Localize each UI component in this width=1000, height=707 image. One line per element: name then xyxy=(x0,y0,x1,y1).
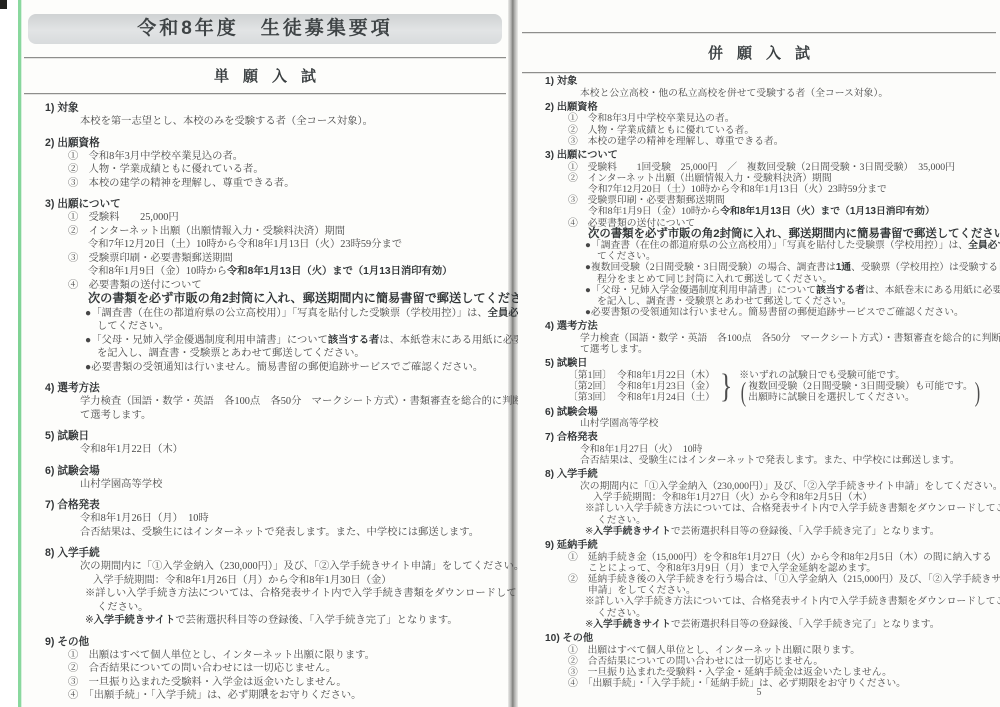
text-run: 次の書類を必ず市販の角2封筒に入れ、郵送期間内に簡易書留で郵送してください。 xyxy=(88,291,546,305)
text-run: は、本紙巻末にある用紙に必要事項 xyxy=(865,285,1000,296)
section: 2) 出願資格① 令和8年3月中学校卒業見込の者。② 人物・学業成績ともに優れて… xyxy=(45,137,500,191)
text-line: 学力検査（国語・数学・英語 各100点 各50分 マークシート方式）・書類審査を… xyxy=(45,395,500,409)
text-line: ① 延納手続き金（15,000円）を令和8年1月27日（火）から令和8年2月5日… xyxy=(545,552,994,563)
divider xyxy=(24,57,506,58)
text-line: 合否結果は、受験生にはインターネットで発表します。また、中学校には郵送します。 xyxy=(545,455,994,466)
section-heading: 2) 出願資格 xyxy=(45,137,500,150)
text-run: 令和8年1月22日（木） xyxy=(80,444,183,455)
text-line: ●複数回受験（2日間受験・3日間受験）の場合、調査書は1通、受験票（学校用控）は… xyxy=(545,262,994,273)
text-line: ください。 xyxy=(45,601,500,615)
text-run: で芸術選択科目等の登録後、「入学手続き完了」となります。 xyxy=(671,526,940,537)
text-run: ① 出願はすべて個人単位とし、インターネット出願に限ります。 xyxy=(68,650,375,661)
text-run: 令和8年1月27日（火） 10時 xyxy=(580,444,702,455)
text-line: してください。 xyxy=(45,320,500,334)
text-line: ② 延納手続き後の入学手続きを行う場合は、「①入学金納入（215,000円）及び… xyxy=(545,574,994,585)
section-heading: 3) 出願について xyxy=(545,150,994,162)
text-run: ④ 必要書類の送付について xyxy=(68,280,202,291)
text-line: 山村学園高等学校 xyxy=(545,418,994,429)
text-line: 入学手続期間：令和8年1月27日（火）から令和8年2月5日（木） xyxy=(545,492,994,503)
text-line: ② 合否結果についての問い合わせには一切応じません。 xyxy=(45,662,500,676)
divider xyxy=(522,32,996,33)
text-run: ① 受験料 25,000円 xyxy=(68,212,179,223)
text-line: 本校を第一志望とし、本校のみを受験する者（全コース対象）。 xyxy=(45,115,500,129)
text-run: 令和7年12月20日（土）10時から令和8年1月13日（火）23時59分まで xyxy=(88,239,402,250)
text-line: ことによって、令和8年3月9日（月）まで入学金延納を認めます。 xyxy=(545,563,994,574)
exam-schedule-block: 〔第1回〕 令和8年1月22日（木）〔第2回〕 令和8年1月23日（金）〔第3回… xyxy=(545,370,994,404)
text-line: 本校と公立高校・他の私立高校を併せて受験する者（全コース対象）。 xyxy=(545,88,994,99)
section-heading: 8) 入学手続 xyxy=(545,469,994,481)
exam-paren-note: (複数回受験（2日間受験・3日間受験）も可能です。出願時に試験日を選択してくださ… xyxy=(739,381,982,403)
section-heading: 9) その他 xyxy=(45,636,500,649)
section: 7) 合格発表令和8年1月27日（火） 10時合否結果は、受験生にはインターネッ… xyxy=(545,432,994,466)
text-line: ※入学手続きサイトで芸術選択科目等の登録後、「入学手続き完了」となります。 xyxy=(545,526,994,537)
section: 8) 入学手続次の期間内に「①入学金納入（230,000円）」及び、「②入学手続… xyxy=(45,547,500,628)
text-line: て選考します。 xyxy=(545,344,994,355)
text-line: 山村学園高等学校 xyxy=(45,478,500,492)
text-line: 次の期間内に「①入学金納入（230,000円）」及び、「②入学手続きサイト申請」… xyxy=(545,481,994,492)
text-line: 程分をまとめて同じ封筒に入れて郵送してください。 xyxy=(545,274,994,285)
text-line: ●「父母・兄姉入学金優遇制度利用申請書」について該当する者は、本紙巻末にある用紙… xyxy=(545,285,994,296)
text-run: ③ 受験票印刷・必要書類郵送期間 xyxy=(68,253,233,264)
text-run: 1通 xyxy=(836,262,851,273)
text-line: ① 出願はすべて個人単位とし、インターネット出願に限ります。 xyxy=(45,649,500,663)
section: 3) 出願について① 受験料 25,000円② インターネット出願（出願情報入力… xyxy=(45,198,500,374)
text-line: ① 令和8年3月中学校卒業見込の者。 xyxy=(45,150,500,164)
text-run: 該当する者 xyxy=(816,285,865,296)
text-line: て選考します。 xyxy=(45,409,500,423)
text-run: で芸術選択科目等の登録後、「入学手続き完了」となります。 xyxy=(175,615,457,626)
text-line: ③ 受験票印刷・必要書類郵送期間 xyxy=(545,195,994,206)
text-run: ② 人物・学業成績ともに優れている者。 xyxy=(568,125,754,136)
text-run: してください。 xyxy=(97,321,169,332)
text-line: ※入学手続きサイトで芸術選択科目等の登録後、「入学手続き完了」となります。 xyxy=(545,619,994,630)
scan-corner-mark xyxy=(0,0,7,9)
text-run: ●複数回受験（2日間受験・3日間受験）の場合、調査書は xyxy=(585,262,836,273)
text-line: 令和8年1月9日（金）10時から令和8年1月13日（火）まで（1月13日消印有効… xyxy=(545,206,994,217)
sections-container-right: 1) 対象本校と公立高校・他の私立高校を併せて受験する者（全コース対象）。2) … xyxy=(518,76,1000,689)
text-run: ③ 受験票印刷・必要書類郵送期間 xyxy=(568,195,725,206)
text-line: ●「調査書（在住の都道府県の公立高校用）」「写真を貼付した受験票（学校用控）」は… xyxy=(545,240,994,251)
text-line: ください。 xyxy=(545,515,994,526)
text-run: 令和8年1月9日（金）10時から xyxy=(88,266,227,277)
text-run: 全員必ず xyxy=(968,240,1000,251)
section: 2) 出願資格① 令和8年3月中学校卒業見込の者。② 人物・学業成績ともに優れて… xyxy=(545,102,994,147)
text-run: ●「父母・兄姉入学金優遇制度利用申請書」について xyxy=(585,285,816,296)
text-line: ●「調査書（在住の都道府県の公立高校用）」「写真を貼付した受験票（学校用控）」は… xyxy=(45,307,500,321)
section-heading: 2) 出願資格 xyxy=(545,102,994,114)
text-run: 次の期間内に「①入学金納入（230,000円）」及び、「②入学手続きサイト申請」… xyxy=(80,561,524,572)
section-heading: 5) 試験日 xyxy=(545,358,994,370)
divider xyxy=(24,93,506,94)
text-run: 入学手続きサイト xyxy=(593,526,671,537)
text-run: ※ xyxy=(585,526,593,537)
section: 5) 試験日〔第1回〕 令和8年1月22日（木）〔第2回〕 令和8年1月23日（… xyxy=(545,358,994,403)
text-run: ② インターネット出願（出願情報入力・受験料決済）期間 xyxy=(568,173,832,184)
section: 7) 合格発表令和8年1月26日（月） 10時合否結果は、受験生にはインターネッ… xyxy=(45,499,500,539)
text-run: ※詳しい入学手続き方法については、合格発表サイト内で入学手続き書類をダウンロード… xyxy=(585,503,1000,514)
section-heading: 4) 選考方法 xyxy=(45,382,500,395)
open-paren-glyph: ( xyxy=(741,381,746,403)
text-run: 、受験票（学校用控）は受験する日 xyxy=(851,262,1000,273)
section-heading: 9) 延納手続 xyxy=(545,540,994,552)
text-run: 合否結果は、受験生にはインターネットで発表します。また、中学校には郵送します。 xyxy=(580,455,960,466)
text-run: 該当する者 xyxy=(328,335,379,346)
text-run: ③ 一旦振り込まれた受験料・入学金は返金いたしません。 xyxy=(68,677,347,688)
text-run: ③ 本校の建学の精神を理解し、尊重できる者。 xyxy=(68,178,295,189)
text-run: ください。 xyxy=(597,608,646,619)
page-number: 4 xyxy=(22,687,508,698)
text-line: 次の書類を必ず市販の角2封筒に入れ、郵送期間内に簡易書留で郵送してください。 xyxy=(545,229,994,240)
close-paren-glyph: ) xyxy=(975,381,980,403)
text-line: ① 受験料 1回受験 25,000円 ／ 複数回受験（2日間受験・3日間受験） … xyxy=(545,162,994,173)
text-line: 令和7年12月20日（土）10時から令和8年1月13日（火）23時59分まで xyxy=(45,238,500,252)
text-run: 山村学園高等学校 xyxy=(80,479,162,490)
text-line: ③ 本校の建学の精神を理解し、尊重できる者。 xyxy=(45,177,500,191)
text-run: ください。 xyxy=(597,515,646,526)
text-line: 申請」をしてください。 xyxy=(545,585,994,596)
text-run: ●必要書類の受領通知は行いません。簡易書留の郵便追跡サービスでご確認ください。 xyxy=(585,307,964,318)
text-run: ① 令和8年3月中学校卒業見込の者。 xyxy=(68,151,243,162)
section: 4) 選考方法学力検査（国語・数学・英語 各100点 各50分 マークシート方式… xyxy=(545,321,994,355)
text-run: 入学手続期間：令和8年1月26日（月）から令和8年1月30日（金） xyxy=(93,575,392,586)
text-line: ② 合否結果についての問い合わせには一切応じません。 xyxy=(545,656,994,667)
text-line: 令和8年1月9日（金）10時から令和8年1月13日（火）まで（1月13日消印有効… xyxy=(45,265,500,279)
text-run: ※ xyxy=(85,615,94,626)
text-line: ※詳しい入学手続き方法については、合格発表サイト内で入学手続き書類をダウンロード… xyxy=(545,503,994,514)
text-line: 次の書類を必ず市販の角2封筒に入れ、郵送期間内に簡易書留で郵送してください。 xyxy=(45,292,500,307)
text-run: ●必要書類の受領通知は行いません。簡易書留の郵便追跡サービスでご確認ください。 xyxy=(85,362,483,373)
text-run: 合否結果は、受験生にはインターネットで発表します。また、中学校には郵送します。 xyxy=(80,527,479,538)
section-heading: 6) 試験会場 xyxy=(545,407,994,419)
text-run: ③ 本校の建学の精神を理解し、尊重できる者。 xyxy=(568,136,784,147)
text-run: ① 受験料 1回受験 25,000円 ／ 複数回受験（2日間受験・3日間受験） … xyxy=(568,162,955,173)
text-run: を記入し、調査書・受験票とあわせて郵送してください。 xyxy=(97,348,365,359)
text-line: ② インターネット出願（出願情報入力・受験料決済）期間 xyxy=(45,225,500,239)
page-right-heigan: 併願入試 1) 対象本校と公立高校・他の私立高校を併せて受験する者（全コース対象… xyxy=(518,0,1000,707)
section-heading: 7) 合格発表 xyxy=(45,499,500,512)
text-line: ください。 xyxy=(545,608,994,619)
text-run: 次の書類を必ず市販の角2封筒に入れ、郵送期間内に簡易書留で郵送してください。 xyxy=(588,228,1000,240)
text-run: 本校と公立高校・他の私立高校を併せて受験する者（全コース対象）。 xyxy=(580,88,888,99)
exam-date-row: 〔第1回〕 令和8年1月22日（木） xyxy=(568,370,715,381)
text-run: ください。 xyxy=(97,602,148,613)
section-heading: 10) その他 xyxy=(545,633,994,645)
section-heading: 7) 合格発表 xyxy=(545,432,994,444)
text-line: を記入し、調査書・受験票とあわせて郵送してください。 xyxy=(545,296,994,307)
text-line: ※詳しい入学手続き方法については、合格発表サイト内で入学手続き書類をダウンロード… xyxy=(45,587,500,601)
text-run: ことによって、令和8年3月9日（月）まで入学金延納を認めます。 xyxy=(588,563,876,574)
text-run: 令和8年1月13日（火）まで（1月13日消印有効） xyxy=(227,266,452,277)
section-heading: 1) 対象 xyxy=(45,102,500,115)
text-line: 合否結果は、受験生にはインターネットで発表します。また、中学校には郵送します。 xyxy=(45,526,500,540)
text-line: 令和8年1月27日（火） 10時 xyxy=(545,444,994,455)
page-left-tangan: 令和8年度 生徒募集要項 単願入試 1) 対象本校を第一志望とし、本校のみを受験… xyxy=(22,0,508,707)
text-run: 令和7年12月20日（土）10時から令和8年1月13日（火）23時59分まで xyxy=(588,184,887,195)
section: 3) 出願について① 受験料 1回受験 25,000円 ／ 複数回受験（2日間受… xyxy=(545,150,994,318)
text-run: 入学手続きサイト xyxy=(94,615,176,626)
text-line: ※入学手続きサイトで芸術選択科目等の登録後、「入学手続き完了」となります。 xyxy=(45,614,500,628)
text-run: ① 出願はすべて個人単位とし、インターネット出願に限ります。 xyxy=(568,645,860,656)
page-heading-heigan: 併願入試 xyxy=(518,42,1000,63)
text-line: ④ 必要書類の送付について xyxy=(45,279,500,293)
page-heading-tangan: 単願入試 xyxy=(22,65,508,86)
section: 4) 選考方法学力検査（国語・数学・英語 各100点 各50分 マークシート方式… xyxy=(45,382,500,422)
text-run: 次の期間内に「①入学金納入（230,000円）」及び、「②入学手続きサイト申請」… xyxy=(580,481,1000,492)
section: 1) 対象本校と公立高校・他の私立高校を併せて受験する者（全コース対象）。 xyxy=(545,76,994,99)
exam-paren-lines: 複数回受験（2日間受験・3日間受験）も可能です。出願時に試験日を選択してください… xyxy=(748,381,973,403)
brace-glyph: } xyxy=(720,370,732,403)
text-run: 令和8年1月26日（月） 10時 xyxy=(80,513,209,524)
text-run: 申請」をしてください。 xyxy=(588,585,696,596)
text-line: てください。 xyxy=(545,251,994,262)
text-run: ② 延納手続き後の入学手続きを行う場合は、「①入学金納入（215,000円）及び… xyxy=(568,574,1000,585)
text-run: 令和8年1月9日（金）10時から xyxy=(588,206,720,217)
text-run: 学力検査（国語・数学・英語 各100点 各50分 マークシート方式）・書類審査を… xyxy=(580,333,1000,344)
text-run: 入学手続期間：令和8年1月27日（火）から令和8年2月5日（木） xyxy=(593,492,872,503)
text-line: ●必要書類の受領通知は行いません。簡易書留の郵便追跡サービスでご確認ください。 xyxy=(45,361,500,375)
sections-container-left: 1) 対象本校を第一志望とし、本校のみを受験する者（全コース対象）。2) 出願資… xyxy=(22,102,508,703)
text-run: ※詳しい入学手続き方法については、合格発表サイト内で入学手続き書類をダウンロード… xyxy=(85,588,547,599)
text-line: ●「父母・兄姉入学金優遇制度利用申請書」について該当する者は、本紙巻末にある用紙… xyxy=(45,334,500,348)
section: 10) その他① 出願はすべて個人単位とし、インターネット出願に限ります。② 合… xyxy=(545,633,994,689)
text-run: ② 合否結果についての問い合わせには一切応じません。 xyxy=(68,663,336,674)
text-line: 入学手続期間：令和8年1月26日（月）から令和8年1月30日（金） xyxy=(45,574,500,588)
text-line: ② 人物・学業成績ともに優れている者。 xyxy=(45,163,500,177)
section: 5) 試験日令和8年1月22日（木） xyxy=(45,430,500,457)
section-heading: 8) 入学手続 xyxy=(45,547,500,560)
exam-date-row: 〔第3回〕 令和8年1月24日（土） xyxy=(568,392,715,403)
text-line: 学力検査（国語・数学・英語 各100点 各50分 マークシート方式）・書類審査を… xyxy=(545,333,994,344)
section: 8) 入学手続次の期間内に「①入学金納入（230,000円）」及び、「②入学手続… xyxy=(545,469,994,537)
divider xyxy=(522,72,996,73)
text-line: ③ 受験票印刷・必要書類郵送期間 xyxy=(45,252,500,266)
text-run: ② 合否結果についての問い合わせには一切応じません。 xyxy=(568,656,823,667)
exam-notes: ※いずれの試験日でも受験可能です。(複数回受験（2日間受験・3日間受験）も可能で… xyxy=(739,370,982,404)
text-run: 学力検査（国語・数学・英語 各100点 各50分 マークシート方式）・書類審査を… xyxy=(80,396,533,407)
document-title-banner: 令和8年度 生徒募集要項 xyxy=(28,14,502,44)
text-run: て選考します。 xyxy=(80,410,151,421)
text-line: ※詳しい入学手続き方法については、合格発表サイト内で入学手続き書類をダウンロード… xyxy=(545,596,994,607)
text-line: ② 人物・学業成績ともに優れている者。 xyxy=(545,125,994,136)
section: 1) 対象本校を第一志望とし、本校のみを受験する者（全コース対象）。 xyxy=(45,102,500,129)
text-run: で芸術選択科目等の登録後、「入学手続き完了」となります。 xyxy=(671,619,940,630)
exam-date-row: 〔第2回〕 令和8年1月23日（金） xyxy=(568,381,715,392)
text-run: 令和8年1月13日（火）まで（1月13日消印有効） xyxy=(720,206,934,217)
text-run: 本校を第一志望とし、本校のみを受験する者（全コース対象）。 xyxy=(80,116,373,127)
text-line: ① 令和8年3月中学校卒業見込の者。 xyxy=(545,113,994,124)
text-line: 令和8年1月26日（月） 10時 xyxy=(45,512,500,526)
text-run: を記入し、調査書・受験票とあわせて郵送してください。 xyxy=(597,296,852,307)
exam-paren-line: 出願時に試験日を選択してください。 xyxy=(748,392,973,403)
exam-date-list: 〔第1回〕 令和8年1月22日（木）〔第2回〕 令和8年1月23日（金）〔第3回… xyxy=(568,370,715,404)
text-line: ① 出願はすべて個人単位とし、インターネット出願に限ります。 xyxy=(545,645,994,656)
text-run: 山村学園高等学校 xyxy=(580,418,658,429)
text-line: ③ 本校の建学の精神を理解し、尊重できる者。 xyxy=(545,136,994,147)
section-heading: 1) 対象 xyxy=(545,76,994,88)
section-heading: 6) 試験会場 xyxy=(45,465,500,478)
text-run: ●「父母・兄姉入学金優遇制度利用申請書」について xyxy=(85,335,328,346)
section: 6) 試験会場山村学園高等学校 xyxy=(45,465,500,492)
text-line: ③ 一旦振り込まれた受験料・入学金・延納手続金は返金いたしません。 xyxy=(545,667,994,678)
exam-paren-line: 複数回受験（2日間受験・3日間受験）も可能です。 xyxy=(748,381,973,392)
text-run: ●「調査書（在住の都道府県の公立高校用）」「写真を貼付した受験票（学校用控）」は… xyxy=(85,308,488,319)
text-run: 程分をまとめて同じ封筒に入れて郵送してください。 xyxy=(597,274,832,285)
text-run: ① 延納手続き金（15,000円）を令和8年1月27日（火）から令和8年2月5日… xyxy=(568,552,992,563)
text-run: ③ 一旦振り込まれた受験料・入学金・延納手続金は返金いたしません。 xyxy=(568,667,892,678)
section-heading: 5) 試験日 xyxy=(45,430,500,443)
text-run: ① 令和8年3月中学校卒業見込の者。 xyxy=(568,113,735,124)
section-heading: 3) 出願について xyxy=(45,198,500,211)
text-run: ② インターネット出願（出願情報入力・受験料決済）期間 xyxy=(68,226,345,237)
text-run: ※詳しい入学手続き方法については、合格発表サイト内で入学手続き書類をダウンロード… xyxy=(585,596,1000,607)
text-run: て選考します。 xyxy=(580,344,648,355)
text-line: 次の期間内に「①入学金納入（230,000円）」及び、「②入学手続きサイト申請」… xyxy=(45,560,500,574)
page-spine-divider xyxy=(508,0,518,707)
text-line: 令和7年12月20日（土）10時から令和8年1月13日（火）23時59分まで xyxy=(545,184,994,195)
section: 6) 試験会場山村学園高等学校 xyxy=(545,407,994,430)
text-line: ●必要書類の受領通知は行いません。簡易書留の郵便追跡サービスでご確認ください。 xyxy=(545,307,994,318)
section: 9) 延納手続① 延納手続き金（15,000円）を令和8年1月27日（火）から令… xyxy=(545,540,994,630)
section-heading: 4) 選考方法 xyxy=(545,321,994,333)
exam-note-line: ※いずれの試験日でも受験可能です。 xyxy=(739,370,982,381)
text-run: 入学手続きサイト xyxy=(593,619,671,630)
text-run: ※ xyxy=(585,619,593,630)
text-run: ●「調査書（在住の都道府県の公立高校用）」「写真を貼付した受験票（学校用控）」は… xyxy=(585,240,968,251)
text-line: 令和8年1月22日（木） xyxy=(45,443,500,457)
text-run: ② 人物・学業成績ともに優れている者。 xyxy=(68,164,264,175)
page-number: 5 xyxy=(518,687,1000,698)
text-run: てください。 xyxy=(597,251,656,262)
text-line: ② インターネット出願（出願情報入力・受験料決済）期間 xyxy=(545,173,994,184)
text-line: ① 受験料 25,000円 xyxy=(45,211,500,225)
text-line: を記入し、調査書・受験票とあわせて郵送してください。 xyxy=(45,347,500,361)
